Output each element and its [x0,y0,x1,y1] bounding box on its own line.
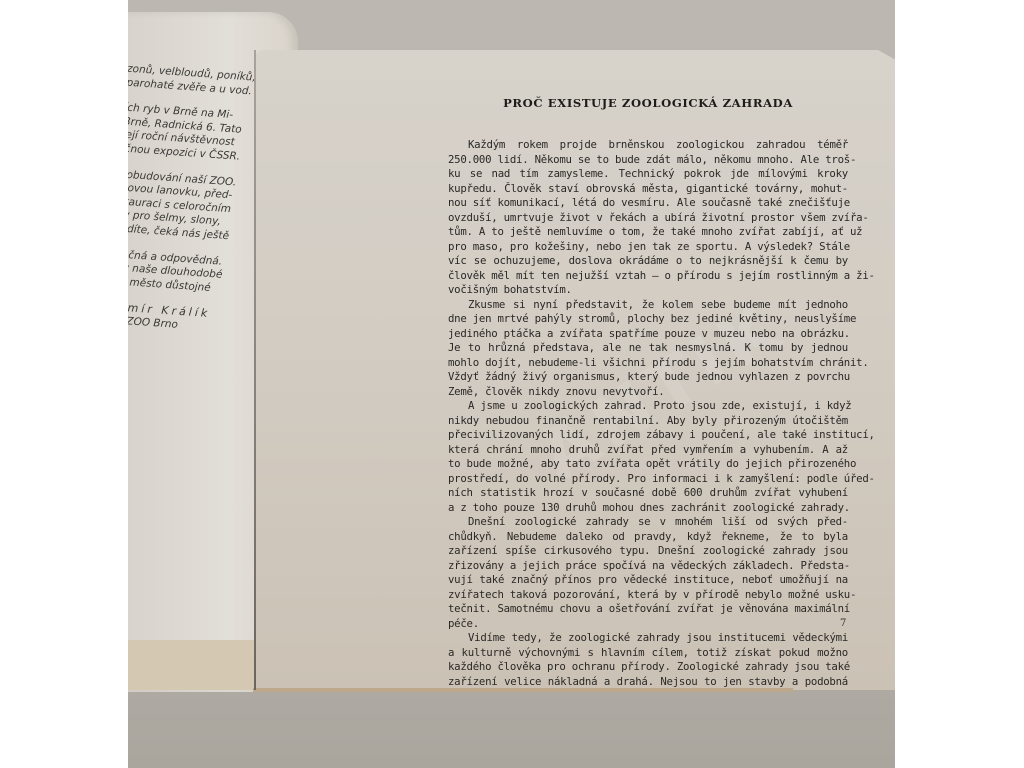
text-line: dne jen mrtvé pahýly stromů, plochy bez … [448,312,848,327]
text-line: Dnešní zoologické zahrady se v mnohém li… [448,515,848,530]
text-line: zřizovány a jejich práce spočívá na věde… [448,559,848,574]
text-line: zařízení velice nákladná a drahá. Nejsou… [448,675,848,690]
text-line: nou síť komunikací, létá do vesmíru. Ale… [448,196,848,211]
article-body: Každým rokem projde brněnskou zoologicko… [448,138,848,733]
text-line: Každým rokem projde brněnskou zoologicko… [448,138,848,153]
text-line: to bude možné, aby tato zvířata opět vrá… [448,457,848,472]
text-line: mohlo dojít, nebudeme-li všichni přírodu… [448,356,848,371]
text-line: ních statistik hrozí v současné době 600… [448,486,848,501]
text-line: Proto při návštěvě zoologické zahrady po… [448,718,848,733]
text-line: tům. A to ještě nemluvíme o tom, že také… [448,225,848,240]
text-line: Zkusme si nyní představit, že kolem sebe… [448,298,848,313]
text-line: A jsme u zoologických zahrad. Proto jsou… [448,399,848,414]
text-line: prostředí, do volné přírody. Pro informa… [448,472,848,487]
text-line: a z toho pouze 130 druhů mohou dnes zach… [448,501,848,516]
left-paragraph: náročná a odpovědná.chny naše dlouhodobé… [128,247,270,299]
text-line: Je to hrůzná představa, ale ne tak nesmy… [448,341,848,356]
page-title: PROČ EXISTUJE ZOOLOGICKÁ ZAHRADA [448,96,848,110]
text-line: 250.000 lidí. Někomu se to bude zdát mál… [448,153,848,168]
text-line: ovzduší, umrtvuje život v řekách a ubírá… [448,211,848,226]
text-line: chůdkyň. Nebudeme daleko od pravdy, když… [448,530,848,545]
book-photo: bizonů, velbloudů, poníků,u parohaté zvě… [128,0,895,768]
text-line: vují také značný přínos pro vědecké inst… [448,573,848,588]
text-line: ku se nad tím zamysleme. Technický pokro… [448,167,848,182]
page-number: 7 [840,618,846,629]
text-line: pro maso, pro kožešiny, nebo jen tak ze … [448,240,848,255]
text-line: člověk měl mít ten nejužší vztah — o pří… [448,269,848,284]
text-line: nikdy nebudou finančně rentabilní. Aby b… [448,414,848,429]
text-line: každého člověka pro ochranu přírody. Zoo… [448,660,848,675]
text-line: a kulturně výchovnými s hlavním cílem, t… [448,646,848,661]
text-line: zařízení spíše cirkusového typu. Dnešní … [448,544,848,559]
text-line: vočišným bohatstvím. [448,283,848,298]
text-line: přecivilizovaných lidí, zdrojem zábavy i… [448,428,848,443]
text-line: zvířatech taková pozorování, která by v … [448,588,848,603]
text-line: kupředu. Člověk staví obrovská města, gi… [448,182,848,197]
text-line: tečnit. Samotnému chovu a ošetřování zví… [448,602,848,617]
text-line: Vidíme tedy, že zoologické zahrady jsou … [448,631,848,646]
text-line: péče. [448,617,848,632]
right-page: ANTIK PROČ EXISTUJE ZOOLOGICKÁ ZAHRADA K… [256,50,895,690]
signature: atomír Králíkditel ZOO Brno [128,300,266,339]
book-spine [254,50,256,690]
right-page-content: PROČ EXISTUJE ZOOLOGICKÁ ZAHRADA Každým … [448,96,848,733]
text-line: jediného ptáčka a zvířata spatříme pouze… [448,327,848,342]
text-line: která chrání mnoho druhů zvířat před vym… [448,443,848,458]
text-line: Vždyť žádný živý organismus, který bude … [448,370,848,385]
page-bottom-edge [253,688,793,692]
text-line: víc se ochuzujeme, doslova okrádáme o to… [448,254,848,269]
text-line: ných a ohrožených druhů nemůžeme ani vyč… [448,704,848,719]
text-line: Země, člověk nikdy znovu nevytvoří. [448,385,848,400]
